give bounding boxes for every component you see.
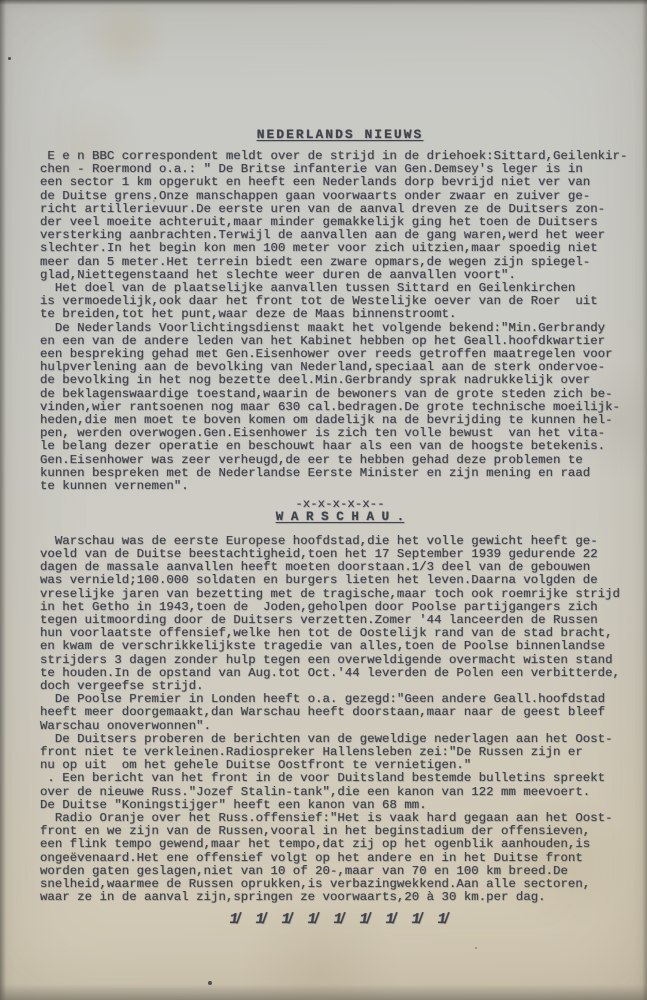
page-edge-shadow-left xyxy=(0,0,6,1000)
page-edge-shadow-bottom xyxy=(0,984,647,1000)
section-heading-warschau: W A R S C H A U . xyxy=(40,511,640,524)
paragraph-radio-oranje: Radio Oranje over het Russ.offensief:"He… xyxy=(40,812,640,904)
paragraph-stalin-tank: . Een bericht van het front in de voor D… xyxy=(40,772,640,812)
paper-speck xyxy=(208,981,212,985)
paper-speck xyxy=(475,947,477,949)
paragraph-warschau-history: Warschau was de eerste Europese hoofdsta… xyxy=(40,535,640,693)
paragraph-attack-goal: Het doel van de plaatselijke aanvallen t… xyxy=(40,282,640,322)
document-content: NEDERLANDS NIEUWS E e n BBC corresponden… xyxy=(40,127,640,928)
paragraph-bbc-report: E e n BBC correspondent meldt over de st… xyxy=(40,150,640,282)
paragraph-voorlichtingsdienst: De Nederlands Voorlichtingsdienst maakt … xyxy=(40,322,640,494)
page-edge-shadow-top xyxy=(0,0,647,5)
paragraph-german-radio: De Duitsers proberen de berichten van de… xyxy=(40,733,640,773)
typewriter-end-marks: 1̸ 1̸ 1̸ 1̸ 1̸ 1̸ 1̸ 1̸ 1̸ xyxy=(39,911,642,928)
scanned-document-page: NEDERLANDS NIEUWS E e n BBC corresponden… xyxy=(0,0,647,1000)
page-edge-shadow-right xyxy=(642,0,647,1000)
paper-speck xyxy=(8,57,11,60)
paragraph-polish-premier: De Poolse Premier in Londen heeft o.a. g… xyxy=(40,693,640,733)
document-title: NEDERLANDS NIEUWS xyxy=(40,127,640,142)
